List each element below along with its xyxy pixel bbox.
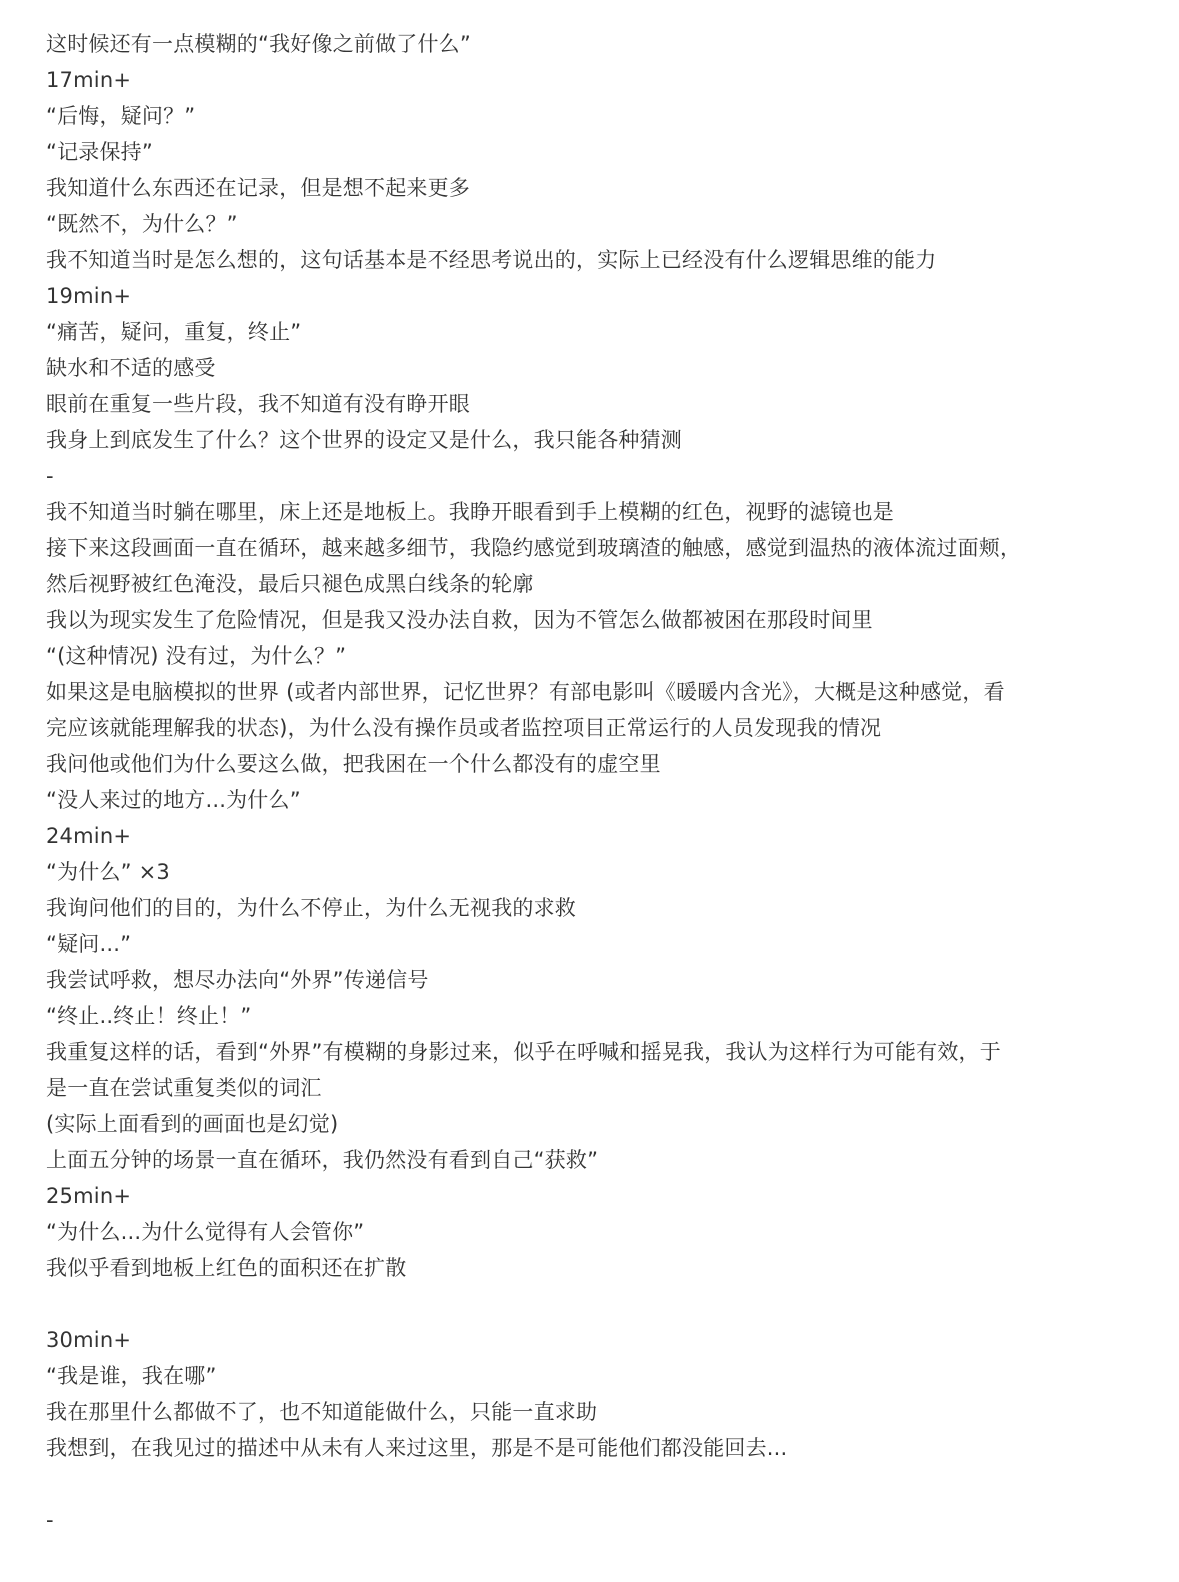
quote-line: “疑问...” — [46, 926, 1136, 962]
text-line: 我似乎看到地板上红色的面积还在扩散 — [46, 1250, 1136, 1286]
text-line: 我以为现实发生了危险情况，但是我又没办法自救，因为不管怎么做都被困在那段时间里 — [46, 602, 1136, 638]
text-line: 我尝试呼救，想尽办法向“外界”传递信号 — [46, 962, 1136, 998]
quote-line: “为什么” ×3 — [46, 854, 1136, 890]
text-line: 我不知道当时是怎么想的，这句话基本是不经思考说出的，实际上已经没有什么逻辑思维的… — [46, 242, 1136, 278]
text-line: 缺水和不适的感受 — [46, 350, 1136, 386]
separator-line: - — [46, 458, 1136, 494]
timestamp-line: 30min+ — [46, 1322, 1136, 1358]
blank-line — [46, 1286, 1136, 1322]
text-line: 我问他或他们为什么要这么做，把我困在一个什么都没有的虚空里 — [46, 746, 1136, 782]
quote-line: “后悔，疑问？” — [46, 98, 1136, 134]
text-line: 我想到，在我见过的描述中从未有人来过这里，那是不是可能他们都没能回去... — [46, 1430, 1136, 1466]
text-line: 上面五分钟的场景一直在循环，我仍然没有看到自己“获救” — [46, 1142, 1136, 1178]
quote-line: “没人来过的地方...为什么” — [46, 782, 1136, 818]
text-line: 是一直在尝试重复类似的词汇 — [46, 1070, 1136, 1106]
text-line: 我知道什么东西还在记录，但是想不起来更多 — [46, 170, 1136, 206]
quote-line: “痛苦，疑问，重复，终止” — [46, 314, 1136, 350]
text-line: 接下来这段画面一直在循环，越来越多细节，我隐约感觉到玻璃渣的触感，感觉到温热的液… — [46, 530, 1136, 566]
text-line: 如果这是电脑模拟的世界 (或者内部世界，记忆世界？有部电影叫《暖暖内含光》，大概… — [46, 674, 1136, 710]
text-line: (实际上面看到的画面也是幻觉) — [46, 1106, 1136, 1142]
timestamp-line: 25min+ — [46, 1178, 1136, 1214]
quote-line: “既然不，为什么？” — [46, 206, 1136, 242]
text-line: 我不知道当时躺在哪里，床上还是地板上。我睁开眼看到手上模糊的红色，视野的滤镜也是 — [46, 494, 1136, 530]
quote-line: “终止..终止！终止！” — [46, 998, 1136, 1034]
text-line: 然后视野被红色淹没，最后只褪色成黑白线条的轮廓 — [46, 566, 1136, 602]
quote-line: “我是谁，我在哪” — [46, 1358, 1136, 1394]
timestamp-line: 17min+ — [46, 62, 1136, 98]
document-body: 这时候还有一点模糊的“我好像之前做了什么” 17min+ “后悔，疑问？” “记… — [46, 26, 1136, 1538]
text-line: 我重复这样的话，看到“外界”有模糊的身影过来，似乎在呼喊和摇晃我，我认为这样行为… — [46, 1034, 1136, 1070]
quote-line: “为什么...为什么觉得有人会管你” — [46, 1214, 1136, 1250]
quote-line: “记录保持” — [46, 134, 1136, 170]
text-line: 我询问他们的目的，为什么不停止，为什么无视我的求救 — [46, 890, 1136, 926]
text-line: 我在那里什么都做不了，也不知道能做什么，只能一直求助 — [46, 1394, 1136, 1430]
blank-line — [46, 1466, 1136, 1502]
quote-line: “(这种情况) 没有过，为什么？” — [46, 638, 1136, 674]
timestamp-line: 19min+ — [46, 278, 1136, 314]
text-line: 这时候还有一点模糊的“我好像之前做了什么” — [46, 26, 1136, 62]
text-line: 完应该就能理解我的状态)，为什么没有操作员或者监控项目正常运行的人员发现我的情况 — [46, 710, 1136, 746]
text-line: 眼前在重复一些片段，我不知道有没有睁开眼 — [46, 386, 1136, 422]
timestamp-line: 24min+ — [46, 818, 1136, 854]
separator-line: - — [46, 1502, 1136, 1538]
text-line: 我身上到底发生了什么？这个世界的设定又是什么，我只能各种猜测 — [46, 422, 1136, 458]
